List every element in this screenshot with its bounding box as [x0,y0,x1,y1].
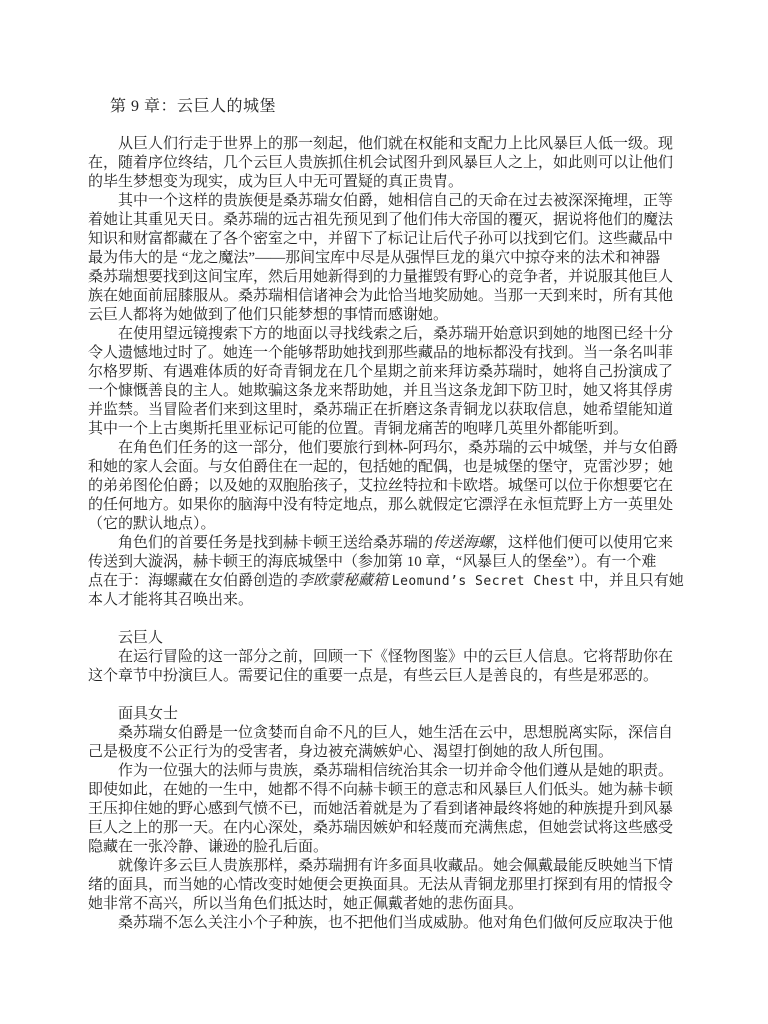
text-line: 在，随着序位终结，几个云巨人贵族抓住机会试图升到风暴巨人之上，如此则可以让他们 [88,154,688,173]
text-line: 巨人之上的那一天。在内心深处，桑苏瑞因嫉妒和轻蔑而充满焦虑，但她尝试将这些感受 [88,819,688,838]
paragraph: 其中一个这样的贵族便是桑苏瑞女伯爵，她相信自己的天命在过去被深深掩埋，正等着她让… [88,192,688,325]
text-line: 本人才能将其召唤出来。 [88,591,688,610]
text-line: 作为一位强大的法师与贵族，桑苏瑞相信统治其余一切并命令他们遵从是她的职责。 [88,762,688,781]
section-heading: 面具女士 [88,705,688,724]
document-text-block: 第 9 章：云巨人的城堡 从巨人们行走于世界上的那一刻起，他们就在权能和支配力上… [88,97,688,933]
text-line: 族在她面前屈膝服从。桑苏瑞相信诸神会为此恰当地奖励她。当那一天到来时，所有其他 [88,287,688,306]
text-line: 王压抑住她的野心感到气愤不已，而她活着就是为了看到诸神最终将她的种族提升到风暴 [88,800,688,819]
text-line: 在角色们任务的这一部分，他们要旅行到林-阿玛尔，桑苏瑞的云中城堡，并与女伯爵 [88,439,688,458]
text-line: 最为伟大的是 “龙之魔法”——那间宝库中尽是从强悍巨龙的巢穴中掠夺来的法术和神器 [88,249,688,268]
text-line: 绪的面具，而当她的心情改变时她便会更换面具。无法从青铜龙那里打探到有用的情报令 [88,876,688,895]
text-line: 的毕生梦想变为现实，成为巨人中无可置疑的真正贵胄。 [88,173,688,192]
text-line: 隐藏在一张冷静、谦逊的脸孔后面。 [88,838,688,857]
text-line: 桑苏瑞不怎么关注小个子种族，也不把他们当成威胁。他对角色们做何反应取决于他 [88,914,688,933]
paragraph: 作为一位强大的法师与贵族，桑苏瑞相信统治其余一切并命令他们遵从是她的职责。即使如… [88,762,688,857]
text-line: 从巨人们行走于世界上的那一刻起，他们就在权能和支配力上比风暴巨人低一级。现 [88,135,688,154]
text-line: 的任何地方。如果你的脑海中没有特定地点，那么就假定它漂浮在永恒荒野上方一英里处 [88,496,688,515]
text-line: 并监禁。当冒险者们来到这里时，桑苏瑞正在折磨这条青铜龙以获取信息，她希望能知道 [88,401,688,420]
text-line: 在运行冒险的这一部分之前，回顾一下《怪物图鉴》中的云巨人信息。它将帮助你在 [88,648,688,667]
text-line: 其中一个上古奥斯托里亚标记可能的位置。青铜龙痛苦的咆哮几英里外都能听到。 [88,420,688,439]
text-line: 其中一个这样的贵族便是桑苏瑞女伯爵，她相信自己的天命在过去被深深掩埋，正等 [88,192,688,211]
document-page: 第 9 章：云巨人的城堡 从巨人们行走于世界上的那一刻起，他们就在权能和支配力上… [0,0,768,1024]
text-line: 尔格罗斯、有遇难体质的好奇青铜龙在几个星期之前来拜访桑苏瑞时，她将自己扮演成了 [88,363,688,382]
text-line: （它的默认地点）。 [88,515,688,534]
text-line: 她非常不高兴，所以当角色们抵达时，她正佩戴者她的悲伤面具。 [88,895,688,914]
paragraph: 就像许多云巨人贵族那样，桑苏瑞拥有许多面具收藏品。她会佩戴最能反映她当下情绪的面… [88,857,688,914]
text-line: 这个章节中扮演巨人。需要记住的重要一点是，有些云巨人是善良的，有些是邪恶的。 [88,667,688,686]
chapter-title: 第 9 章：云巨人的城堡 [88,97,688,116]
text-line: 令人遗憾地过时了。她连一个能够帮助她找到那些藏品的地标都没有找到。当一条名叫菲 [88,344,688,363]
text-line: 桑苏瑞想要找到这间宝库，然后用她新得到的力量摧毁有野心的竞争者，并说服其他巨人 [88,268,688,287]
document-body: 从巨人们行走于世界上的那一刻起，他们就在权能和支配力上比风暴巨人低一级。现在，随… [88,135,688,933]
paragraph: 在使用望远镜搜索下方的地面以寻找线索之后，桑苏瑞开始意识到她的地图已经十分令人遗… [88,325,688,439]
paragraph: 在角色们任务的这一部分，他们要旅行到林-阿玛尔，桑苏瑞的云中城堡，并与女伯爵和她… [88,439,688,534]
paragraph: 在运行冒险的这一部分之前，回顾一下《怪物图鉴》中的云巨人信息。它将帮助你在这个章… [88,648,688,686]
text-line: 和她的家人会面。与女伯爵住在一起的，包括她的配偶，也是城堡的堡守，克雷沙罗；她 [88,458,688,477]
english-term: Leomund’s Secret Chest [392,574,575,589]
text-line: 云巨人都将为她做到了他们只能梦想的事情而感谢她。 [88,306,688,325]
paragraph: 从巨人们行走于世界上的那一刻起，他们就在权能和支配力上比风暴巨人低一级。现在，随… [88,135,688,192]
paragraph: 桑苏瑞女伯爵是一位贪婪而自命不凡的巨人，她生活在云中，思想脱离实际，深信自己是极… [88,724,688,762]
text-line: 知识和财富都藏在了各个密室之中，并留下了标记让后代子孙可以找到它们。这些藏品中 [88,230,688,249]
text-line: 传送到大漩涡，赫卡顿王的海底城堡中（参加第 10 章，“风暴巨人的堡垒”）。有一… [88,553,688,572]
text-line: 桑苏瑞女伯爵是一位贪婪而自命不凡的巨人，她生活在云中，思想脱离实际，深信自 [88,724,688,743]
paragraph: 桑苏瑞不怎么关注小个子种族，也不把他们当成威胁。他对角色们做何反应取决于他 [88,914,688,933]
text-line: 己是极度不公正行为的受害者，身边被充满嫉妒心、渴望打倒她的敌人所包围。 [88,743,688,762]
paragraph: 角色们的首要任务是找到赫卡顿王送给桑苏瑞的传送海螺，这样他们便可以使用它来传送到… [88,534,688,610]
text-line: 点在于：海螺藏在女伯爵创造的李欧蒙秘藏箱 Leomund’s Secret Ch… [88,572,688,591]
section-heading: 云巨人 [88,629,688,648]
text-line: 的弟弟图伦伯爵；以及她的双胞胎孩子，艾拉丝特拉和卡欧塔。城堡可以位于你想要它在 [88,477,688,496]
text-line: 即使如此，在她的一生中，她都不得不向赫卡顿王的意志和风暴巨人们低头。她为赫卡顿 [88,781,688,800]
text-line: 一个慷慨善良的主人。她欺骗这条龙来帮助她，并且当这条龙卸下防卫时，她又将其俘虏 [88,382,688,401]
text-line: 就像许多云巨人贵族那样，桑苏瑞拥有许多面具收藏品。她会佩戴最能反映她当下情 [88,857,688,876]
text-line: 角色们的首要任务是找到赫卡顿王送给桑苏瑞的传送海螺，这样他们便可以使用它来 [88,534,688,553]
text-line: 在使用望远镜搜索下方的地面以寻找线索之后，桑苏瑞开始意识到她的地图已经十分 [88,325,688,344]
emphasized-term: 传送海螺 [433,535,493,551]
text-line: 着她让其重见天日。桑苏瑞的远古祖先预见到了他们伟大帝国的覆灭，据说将他们的魔法 [88,211,688,230]
emphasized-term: 李欧蒙秘藏箱 [298,573,388,589]
